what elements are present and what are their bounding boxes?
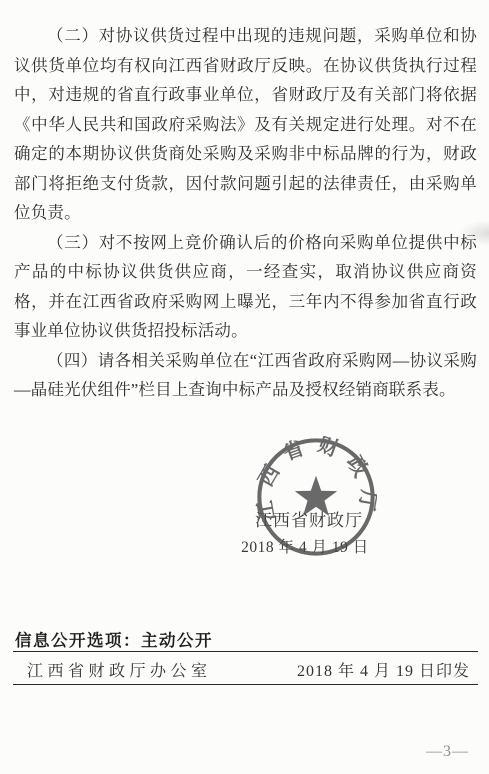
footer-divider-bottom [13, 684, 478, 685]
footer-divider-top [13, 651, 478, 652]
star-icon [295, 476, 337, 516]
document-body: （二）对协议供货过程中出现的违规问题，采购单位和协议供货单位均有权向江西省财政厅… [14, 21, 477, 405]
office-row: 江西省财政厅办公室 2018 年 4 月 19 日印发 [13, 658, 478, 681]
issuing-office: 江西省财政厅办公室 [13, 658, 212, 681]
print-date: 2018 年 4 月 19 日印发 [297, 658, 478, 681]
paragraph-4: （四）请各相关采购单位在“江西省政府采购网—协议采购—晶硅光伏组件”栏目上查询中… [14, 346, 477, 405]
document-page: （二）对协议供货过程中出现的违规问题，采购单位和协议供货单位均有权向江西省财政厅… [0, 0, 489, 774]
paragraph-2: （二）对协议供货过程中出现的违规问题，采购单位和协议供货单位均有权向江西省财政厅… [14, 21, 477, 228]
official-seal-stamp: 江西省财政厅 [255, 436, 377, 558]
page-number: —3— [426, 743, 469, 761]
paragraph-3: （三）对不按网上竞价确认后的价格向采购单位提供中标产品的中标协议供货供应商，一经… [14, 228, 477, 346]
disclosure-option: 信息公开选项：主动公开 [15, 627, 213, 651]
